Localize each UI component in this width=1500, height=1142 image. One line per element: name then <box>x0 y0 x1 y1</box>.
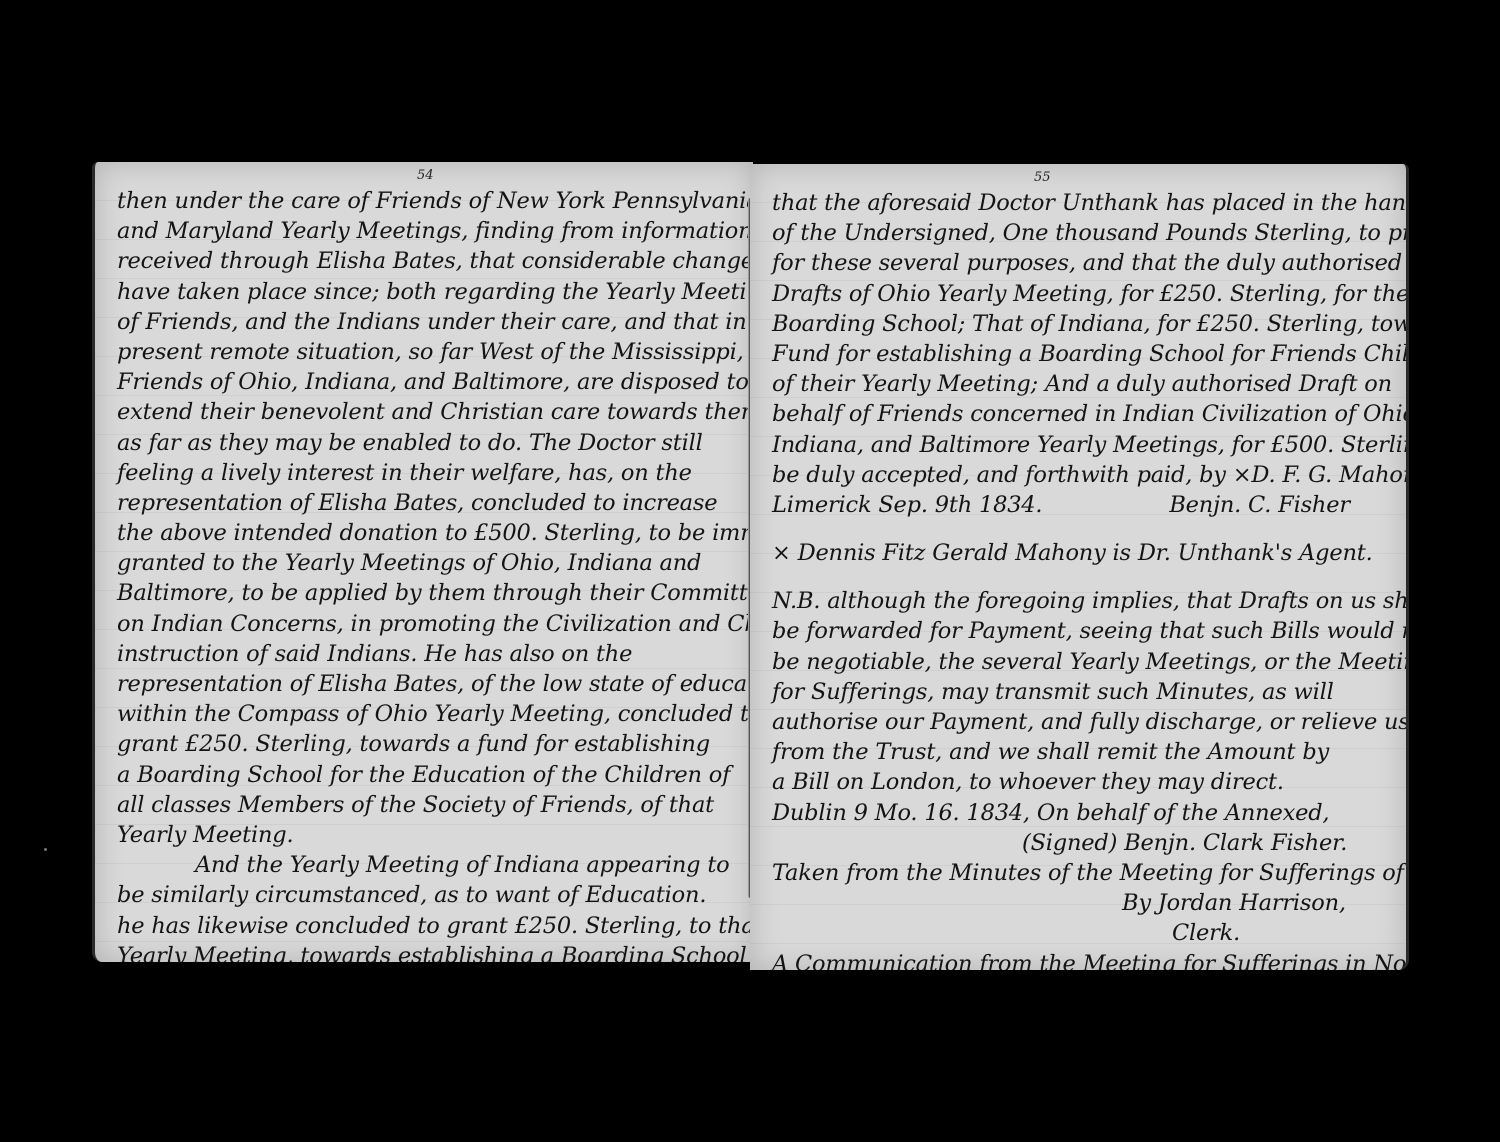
text-line: have taken place since; both regarding t… <box>117 277 739 307</box>
text-line: authorise our Payment, and fully dischar… <box>772 707 1392 737</box>
open-book: 54 then under the care of Friends of New… <box>88 158 1416 974</box>
text-line: received through Elisha Bates, that cons… <box>117 246 739 276</box>
text-line: Boarding School; That of Indiana, for £2… <box>772 309 1392 339</box>
text-line: Baltimore, to be applied by them through… <box>117 578 739 608</box>
left-page-text: then under the care of Friends of New Yo… <box>117 186 739 962</box>
dublin-dateline: Dublin 9 Mo. 16. 1834, On behalf of the … <box>772 798 1392 828</box>
text-line: from the Trust, and we shall remit the A… <box>772 737 1392 767</box>
text-line: Yearly Meeting, towards establishing a B… <box>117 941 739 962</box>
text-line: on Indian Concerns, in promoting the Civ… <box>117 609 739 639</box>
page-number-left: 54 <box>417 168 434 183</box>
signed-line: (Signed) Benjn. Clark Fisher. <box>772 828 1392 858</box>
text-line: Friends of Ohio, Indiana, and Baltimore,… <box>117 367 739 397</box>
date-place: Limerick Sep. 9th 1834. <box>772 492 1042 518</box>
text-line: as far as they may be enabled to do. The… <box>117 428 739 458</box>
text-line: the above intended donation to £500. Ste… <box>117 518 739 548</box>
text-line: instruction of said Indians. He has also… <box>117 639 739 669</box>
text-line: representation of Elisha Bates, of the l… <box>117 669 739 699</box>
text-line: behalf of Friends concerned in Indian Ci… <box>772 399 1392 429</box>
text-line: Indiana, and Baltimore Yearly Meetings, … <box>772 430 1392 460</box>
text-line: within the Compass of Ohio Yearly Meetin… <box>117 699 739 729</box>
margin-speck <box>44 848 47 851</box>
text-line: a Bill on London, to whoever they may di… <box>772 767 1392 797</box>
text-line: Drafts of Ohio Yearly Meeting, for £250.… <box>772 279 1392 309</box>
text-line: A Communication from the Meeting for Suf… <box>772 949 1392 971</box>
text-line: then under the care of Friends of New Yo… <box>117 186 739 216</box>
page-number-right: 55 <box>1034 170 1051 185</box>
text-line: of their Yearly Meeting; And a duly auth… <box>772 369 1392 399</box>
text-line: he has likewise concluded to grant £250.… <box>117 911 739 941</box>
text-line: that the aforesaid Doctor Unthank has pl… <box>772 188 1392 218</box>
right-page-text: that the aforesaid Doctor Unthank has pl… <box>772 188 1392 970</box>
text-line: for these several purposes, and that the… <box>772 248 1392 278</box>
text-line: be forwarded for Payment, seeing that su… <box>772 616 1392 646</box>
text-line: and Maryland Yearly Meetings, finding fr… <box>117 216 739 246</box>
text-line: a Boarding School for the Education of t… <box>117 760 739 790</box>
clerk-title: Clerk. <box>772 918 1392 948</box>
text-line: feeling a lively interest in their welfa… <box>117 458 739 488</box>
text-line: all classes Members of the Society of Fr… <box>117 790 739 820</box>
text-line: N.B. although the foregoing implies, tha… <box>772 586 1392 616</box>
text-line: be duly accepted, and forthwith paid, by… <box>772 460 1392 490</box>
text-line: present remote situation, so far West of… <box>117 337 739 367</box>
taken-from-line: Taken from the Minutes of the Meeting fo… <box>772 858 1392 888</box>
agent-footnote: × Dennis Fitz Gerald Mahony is Dr. Untha… <box>772 538 1392 568</box>
text-line: representation of Elisha Bates, conclude… <box>117 488 739 518</box>
text-line: granted to the Yearly Meetings of Ohio, … <box>117 548 739 578</box>
text-line: And the Yearly Meeting of Indiana appear… <box>117 850 739 880</box>
text-line: Fund for establishing a Boarding School … <box>772 339 1392 369</box>
left-page: 54 then under the care of Friends of New… <box>92 162 753 962</box>
text-line: grant £250. Sterling, towards a fund for… <box>117 729 739 759</box>
text-line: for Sufferings, may transmit such Minute… <box>772 677 1392 707</box>
dateline: Limerick Sep. 9th 1834. Benjn. C. Fisher <box>772 490 1392 520</box>
text-line: extend their benevolent and Christian ca… <box>117 397 739 427</box>
text-line: Yearly Meeting. <box>117 820 739 850</box>
text-line: be negotiable, the several Yearly Meetin… <box>772 647 1392 677</box>
by-clerk-line: By Jordan Harrison, <box>772 888 1392 918</box>
text-line: of the Undersigned, One thousand Pounds … <box>772 218 1392 248</box>
text-line: be similarly circumstanced, as to want o… <box>117 880 739 910</box>
text-line: of Friends, and the Indians under their … <box>117 307 739 337</box>
signature-fisher: Benjn. C. Fisher <box>1169 492 1350 518</box>
right-page: 55 that the aforesaid Doctor Unthank has… <box>750 164 1409 970</box>
